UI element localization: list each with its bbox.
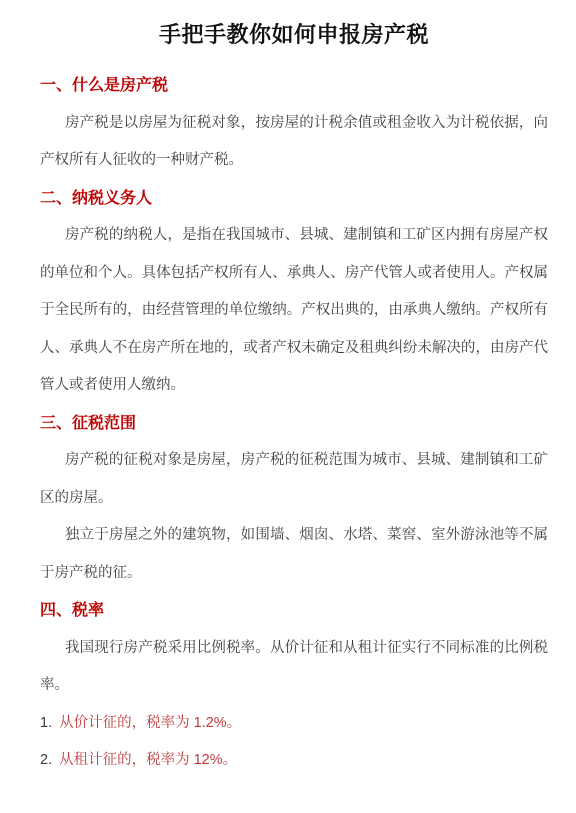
paragraph: 独立于房屋之外的建筑物，如围墙、烟囱、水塔、菜窖、室外游泳池等不属于房产税的征。 — [40, 517, 548, 592]
paragraph: 房产税是以房屋为征税对象，按房屋的计税余值或租金收入为计税依据，向产权所有人征收… — [40, 105, 548, 180]
list-item-1-number: 1. — [40, 715, 52, 731]
list-item-1: 1.从价计征的，税率为 1.2%。 — [40, 705, 548, 743]
section-tax-rate: 四、税率 我国现行房产税采用比例税率。从价计征和从租计征实行不同标准的比例税率。… — [40, 592, 548, 780]
section-heading-1: 一、什么是房产税 — [40, 67, 548, 105]
section-taxation-scope: 三、征税范围 房产税的征税对象是房屋，房产税的征税范围为城市、县城、建制镇和工矿… — [40, 405, 548, 593]
list-item-1-text: 从价计征的，税率为 1.2%。 — [59, 715, 241, 731]
section-heading-4: 四、税率 — [40, 592, 548, 630]
section-heading-2: 二、纳税义务人 — [40, 180, 548, 218]
section-taxpayers: 二、纳税义务人 房产税的纳税人，是指在我国城市、县城、建制镇和工矿区内拥有房屋产… — [40, 180, 548, 405]
paragraph: 房产税的征税对象是房屋，房产税的征税范围为城市、县城、建制镇和工矿区的房屋。 — [40, 442, 548, 517]
paragraph: 房产税的纳税人，是指在我国城市、县城、建制镇和工矿区内拥有房屋产权的单位和个人。… — [40, 217, 548, 405]
document-title: 手把手教你如何申报房产税 — [40, 20, 548, 50]
list-item-2-text: 从租计征的，税率为 12%。 — [59, 752, 237, 768]
list-item-2: 2.从租计征的，税率为 12%。 — [40, 742, 548, 780]
paragraph: 我国现行房产税采用比例税率。从价计征和从租计征实行不同标准的比例税率。 — [40, 630, 548, 705]
section-heading-3: 三、征税范围 — [40, 405, 548, 443]
document-page: 手把手教你如何申报房产税 一、什么是房产税 房产税是以房屋为征税对象，按房屋的计… — [0, 0, 576, 813]
section-what-is-property-tax: 一、什么是房产税 房产税是以房屋为征税对象，按房屋的计税余值或租金收入为计税依据… — [40, 67, 548, 180]
list-item-2-number: 2. — [40, 752, 52, 768]
